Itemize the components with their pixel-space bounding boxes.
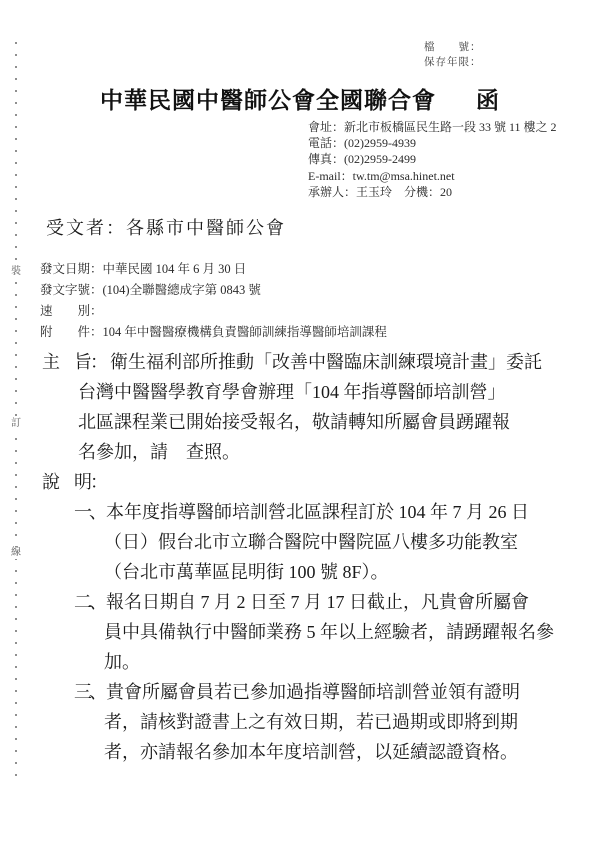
document-page: 裝 訂 線 檔 號： 保存年限： 中華民國中醫師公會全國聯合會函 會址：新北市板… (0, 0, 600, 848)
contact-email: E-mail：tw.tm@msa.hinet.net (308, 168, 557, 184)
recipient-line: 受文者：各縣市中醫師公會 (46, 214, 286, 240)
binding-dotted-line (15, 42, 17, 782)
item-text: 本年度指導醫師培訓營北區課程訂於 104 年 7 月 26 日 (106, 502, 529, 522)
contact-phone: 電話：(02)2959-4939 (308, 135, 557, 151)
letter-body: 主 旨：衛生福利部所推動「改善中醫臨床訓練環境計畫」委託 台灣中醫醫學教育學會辦… (42, 347, 587, 767)
file-no-label: 檔 號： (424, 40, 482, 55)
subject-label: 主 旨： (42, 352, 106, 372)
contact-undertaker: 承辦人：王玉玲 分機：20 (308, 184, 557, 200)
doc-type: 函 (476, 88, 500, 113)
explanation-item-1-line: （日）假台北市立聯合醫院中醫院區八樓多功能教室 (42, 527, 587, 557)
subject-text: 衛生福利部所推動「改善中醫臨床訓練環境計畫」委託 (110, 352, 542, 372)
explanation-item-2-line: 員中具備執行中醫師業務 5 年以上經驗者，請踴躍報名參 (42, 617, 587, 647)
subject-line: 名參加，請 查照。 (42, 437, 587, 467)
item-number: 三、 (74, 682, 104, 702)
org-name: 中華民國中醫師公會全國聯合會 (100, 88, 436, 113)
item-number: 二、 (74, 592, 104, 612)
binding-char-zhuang: 裝 (8, 266, 24, 278)
attachment-line: 附 件：104 年中醫醫療機構負責醫師訓練指導醫師培訓課程 (40, 322, 387, 343)
contact-address: 會址：新北市板橋區民生路一段 33 號 11 樓之 2 (308, 119, 557, 135)
explanation-item-3-line: 者，亦請報名參加本年度培訓營，以延續認證資格。 (42, 737, 587, 767)
explanation-item-2: 二、報名日期自 7 月 2 日至 7 月 17 日截止，凡貴會所屬會 (42, 587, 587, 617)
item-text: 報名日期自 7 月 2 日至 7 月 17 日截止，凡貴會所屬會 (106, 592, 529, 612)
subject-line: 主 旨：衛生福利部所推動「改善中醫臨床訓練環境計畫」委託 (42, 347, 587, 377)
file-number-block: 檔 號： 保存年限： (424, 40, 482, 70)
binding-char-ding: 訂 (8, 418, 24, 430)
meta-block: 發文日期：中華民國 104 年 6 月 30 日 發文字號：(104)全聯醫總成… (40, 259, 387, 343)
issue-date-line: 發文日期：中華民國 104 年 6 月 30 日 (40, 259, 387, 280)
binding-char-xian: 線 (8, 547, 24, 559)
explanation-item-2-line: 加。 (42, 647, 587, 677)
speed-level-line: 速 別： (40, 301, 387, 322)
explanation-item-3: 三、貴會所屬會員若已參加過指導醫師培訓營並領有證明 (42, 677, 587, 707)
explanation-item-3-line: 者，請核對證書上之有效日期，若已過期或即將到期 (42, 707, 587, 737)
item-number: 一、 (74, 502, 104, 522)
doc-number-line: 發文字號：(104)全聯醫總成字第 0843 號 (40, 280, 387, 301)
subject-line: 台灣中醫醫學教育學會辦理「104 年指導醫師培訓營」 (42, 377, 587, 407)
contact-block: 會址：新北市板橋區民生路一段 33 號 11 樓之 2 電話：(02)2959-… (308, 119, 557, 200)
document-title: 中華民國中醫師公會全國聯合會函 (0, 82, 600, 115)
retention-period-label: 保存年限： (424, 55, 482, 70)
item-text: 貴會所屬會員若已參加過指導醫師培訓營並領有證明 (106, 682, 520, 702)
explanation-item-1: 一、本年度指導醫師培訓營北區課程訂於 104 年 7 月 26 日 (42, 497, 587, 527)
contact-fax: 傳真：(02)2959-2499 (308, 151, 557, 167)
subject-line: 北區課程業已開始接受報名，敬請轉知所屬會員踴躍報 (42, 407, 587, 437)
explanation-label: 說 明： (42, 472, 106, 492)
explanation-heading: 說 明： (42, 467, 587, 497)
explanation-item-1-line: （台北市萬華區昆明街 100 號 8F）。 (42, 557, 587, 587)
